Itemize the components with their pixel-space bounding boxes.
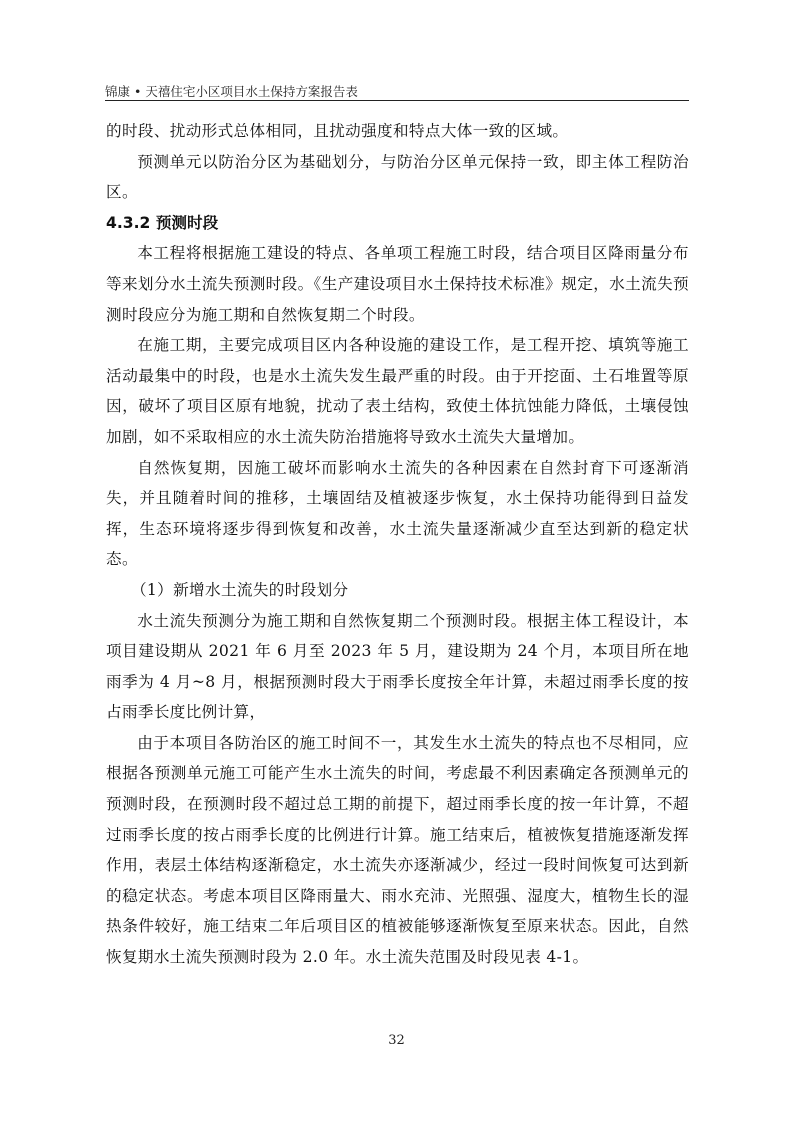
subheading-period-division: （1）新增水土流失的时段划分 xyxy=(106,575,689,606)
document-body: 的时段、扰动形式总体相同，且扰动强度和特点大体一致的区域。 预测单元以防治分区为… xyxy=(106,116,689,973)
paragraph-conclusion: 由于本项目各防治区的施工时间不一，其发生水土流失的特点也不尽相同，应根据各预测单… xyxy=(106,728,689,973)
paragraph-schedule: 水土流失预测分为施工期和自然恢复期二个预测时段。根据主体工程设计，本项目建设期从… xyxy=(106,606,689,728)
header-divider xyxy=(105,100,689,101)
paragraph-prediction-unit: 预测单元以防治分区为基础划分，与防治分区单元保持一致，即主体工程防治区。 xyxy=(106,147,689,208)
page-number: 32 xyxy=(0,1033,793,1049)
paragraph-recovery-period: 自然恢复期，因施工破坏而影响水土流失的各种因素在自然封育下可逐渐消失，并且随着时… xyxy=(106,453,689,575)
running-header: 锦康 • 天禧住宅小区项目水土保持方案报告表 xyxy=(105,84,689,100)
section-heading: 4.3.2 预测时段 xyxy=(106,208,689,239)
paragraph-construction-period: 在施工期，主要完成项目区内各种设施的建设工作，是工程开挖、填筑等施工活动最集中的… xyxy=(106,330,689,452)
paragraph-intro: 本工程将根据施工建设的特点、各单项工程施工时段，结合项目区降雨量分布等来划分水土… xyxy=(106,238,689,330)
paragraph-continuation: 的时段、扰动形式总体相同，且扰动强度和特点大体一致的区域。 xyxy=(106,116,689,147)
